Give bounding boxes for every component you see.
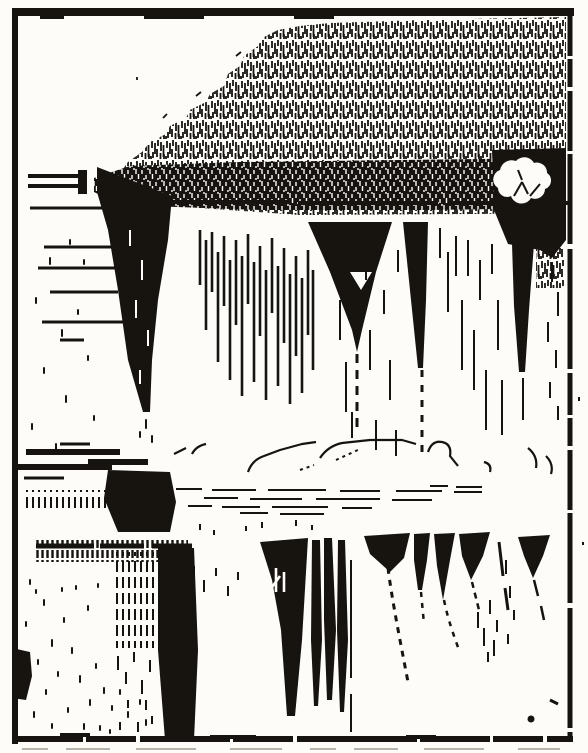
dark-block — [104, 470, 176, 532]
engraving-page — [0, 0, 588, 753]
lower-dark-column — [158, 548, 198, 740]
ink-dot-large — [528, 716, 535, 723]
waterfall-engraving — [0, 0, 588, 753]
terrace-end-cap — [78, 170, 87, 194]
right-bank-hatch — [536, 248, 564, 288]
lower-left-comb — [112, 552, 158, 648]
